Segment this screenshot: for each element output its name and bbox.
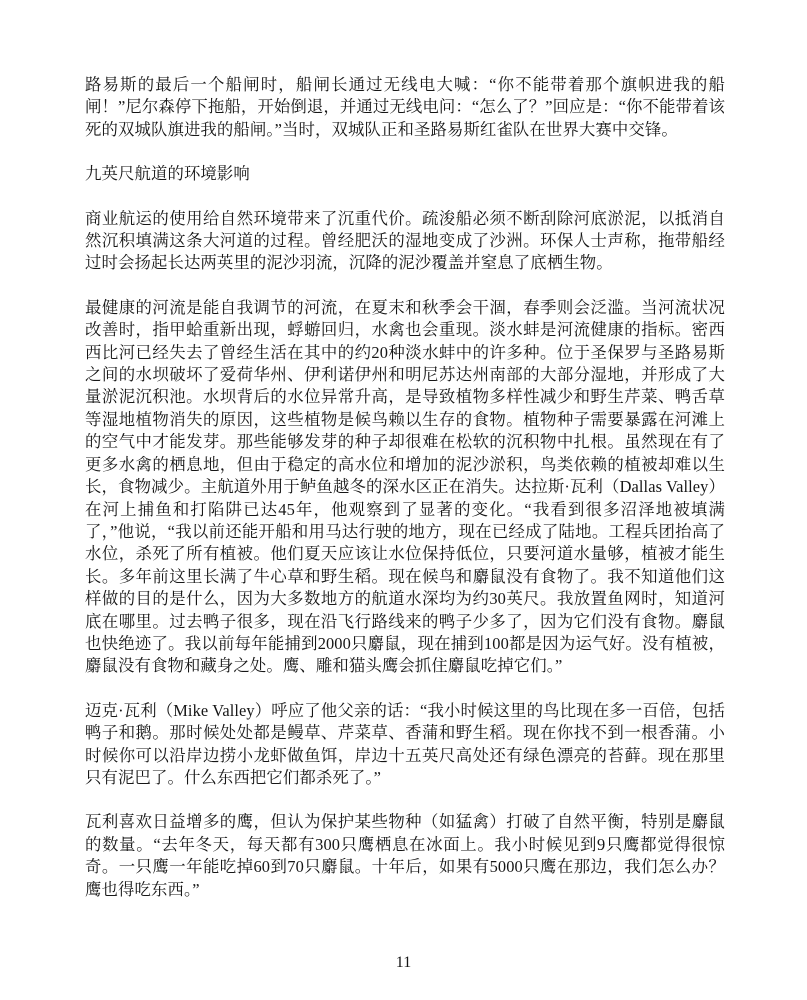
section-heading-nine-foot-channel: 九英尺航道的环境影响 [85, 163, 725, 185]
page-content: 路易斯的最后一个船闸时，船闸长通过无线电大喊：“你不能带着那个旗帜进我的船闸！”… [85, 74, 725, 923]
paragraph-river-health-dallas-valley: 最健康的河流是能自我调节的河流，在夏末和秋季会干涸，春季则会泛滥。当河流状况改善… [85, 297, 725, 678]
paragraph-lock-anecdote: 路易斯的最后一个船闸时，船闸长通过无线电大喊：“你不能带着那个旗帜进我的船闸！”… [85, 74, 725, 141]
paragraph-mike-valley-quote: 迈克·瓦利（Mike Valley）呼应了他父亲的话：“我小时候这里的鸟比现在多… [85, 700, 725, 790]
paragraph-eagles-muskrats: 瓦利喜欢日益增多的鹰，但认为保护某些物种（如猛禽）打破了自然平衡，特别是麝鼠的数… [85, 811, 725, 901]
page-number: 11 [0, 954, 807, 972]
document-page: 路易斯的最后一个船闸时，船闸长通过无线电大喊：“你不能带着那个旗帜进我的船闸！”… [0, 0, 807, 1000]
paragraph-commercial-navigation-cost: 商业航运的使用给自然环境带来了沉重代价。疏浚船必须不断刮除河底淤泥，以抵消自然沉… [85, 208, 725, 275]
